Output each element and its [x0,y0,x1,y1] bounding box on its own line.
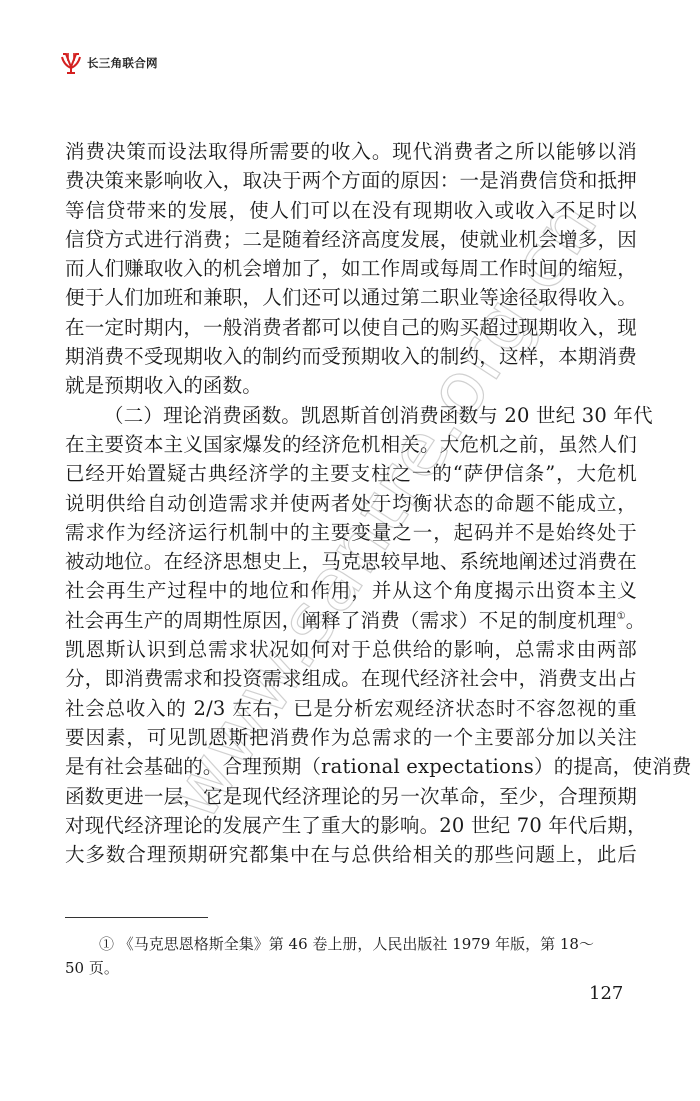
text-line: 在主要资本主义国家爆发的经济危机相关。大危机之前，虽然人们 [65,430,637,459]
text-line: 等信贷带来的发展，使人们可以在没有现期收入或收入不足时以 [65,196,637,225]
page-header: 长三角联合网 [60,50,158,76]
footnote-divider [65,917,208,918]
text-line: 是有社会基础的。合理预期（rational expectations）的提高，使… [65,752,637,781]
text-line: 费决策来影响收入，取决于两个方面的原因：一是消费信贷和抵押 [65,166,637,195]
text-line: 凯恩斯认识到总需求状况如何对于总供给的影响，总需求由两部 [65,635,637,664]
text-line: 社会总收入的 2/3 左右，已是分析宏观经济状态时不容忽视的重 [65,694,637,723]
text-line: 需求作为经济运行机制中的主要变量之一，起码并不是始终处于 [65,518,637,547]
section-heading-line: （二）理论消费函数。凯恩斯首创消费函数与 20 世纪 30 年代 [65,401,637,430]
footnote-line: 50 页。 [65,956,637,980]
text-line: 社会再生产的周期性原因，阐释了消费（需求）不足的制度机理 [65,609,617,632]
text-line: 函数更进一层，它是现代经济理论的另一次革命，至少，合理预期 [65,782,637,811]
text-line: 分，即消费需求和投资需求组成。在现代经济社会中，消费支出占 [65,664,637,693]
text-line: 期消费不受现期收入的制约而受预期收入的制约，这样，本期消费 [65,342,637,371]
footnote-reference[interactable]: ① [617,611,626,622]
text-line: 要因素，可见凯恩斯把消费作为总需求的一个主要部分加以关注 [65,723,637,752]
text-line: 便于人们加班和兼职，人们还可以通过第二职业等途径取得收入。 [65,283,637,312]
text-line: 被动地位。在经济思想史上，马克思较早地、系统地阐述过消费在 [65,547,637,576]
text-line: 而人们赚取收入的机会增加了，如工作周或每周工作时间的缩短， [65,254,637,283]
footnote: ① 《马克思恩格斯全集》第 46 卷上册，人民出版社 1979 年版，第 18～… [65,932,637,980]
text-line: 在一定时期内，一般消费者都可以使自己的购买超过现期收入，现 [65,313,637,342]
text-line: 就是预期收入的函数。 [65,371,637,400]
site-logo-icon [60,51,82,75]
text-line: 消费决策而设法取得所需要的收入。现代消费者之所以能够以消 [65,137,637,166]
footnote-line: ① 《马克思恩格斯全集》第 46 卷上册，人民出版社 1979 年版，第 18～ [65,932,637,956]
text-line: 说明供给自动创造需求并使两者处于均衡状态的命题不能成立， [65,489,637,518]
page-number: 127 [589,983,623,1004]
body-text: 消费决策而设法取得所需要的收入。现代消费者之所以能够以消 费决策来影响收入，取决… [65,137,637,869]
text-line: 已经开始置疑古典经济学的主要支柱之一的“萨伊信条”，大危机 [65,459,637,488]
text-line: 社会再生产过程中的地位和作用，并从这个角度揭示出资本主义 [65,576,637,605]
text-line: 信贷方式进行消费；二是随着经济高度发展，使就业机会增多，因 [65,225,637,254]
text-line: 对现代经济理论的发展产生了重大的影响。20 世纪 70 年代后期， [65,811,637,840]
text-line-with-footnote: 社会再生产的周期性原因，阐释了消费（需求）不足的制度机理①。 [65,606,637,635]
period: 。 [626,609,646,632]
text-line: 大多数合理预期研究都集中在与总供给相关的那些问题上，此后 [65,840,637,869]
site-name: 长三角联合网 [87,55,158,71]
